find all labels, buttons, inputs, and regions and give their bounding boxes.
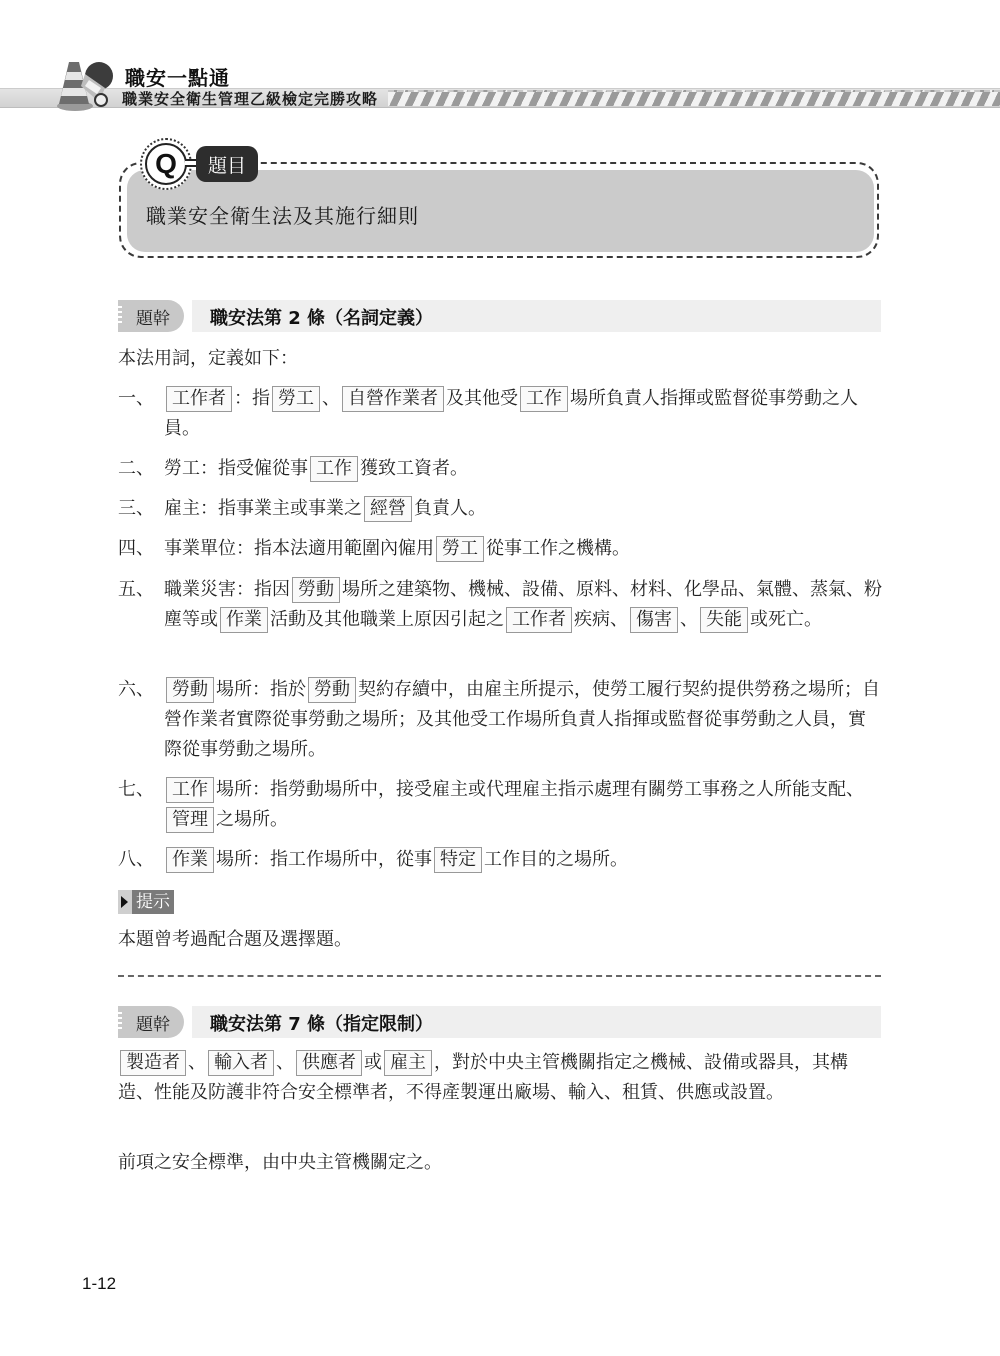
hint-text: 本題曾考過配合題及選擇題。 (118, 925, 352, 955)
question-tag: 題目 (196, 146, 258, 182)
traffic-cone-icon (55, 58, 117, 112)
definition-item: 五、職業災害：指因勞動場所之建築物、機械、設備、原料、材料、化學品、氣體、蒸氣、… (118, 575, 883, 635)
text-run: 前項之安全標準，由中央主管機關定之。 (118, 1152, 442, 1173)
keyword-box: 作業 (220, 607, 268, 633)
definition-item: 三、雇主：指事業主或事業之經營負責人。 (118, 494, 883, 524)
item-text: 雇主：指事業主或事業之經營負責人。 (164, 494, 883, 524)
article-paragraph: 製造者、輸入者、供應者或雇主，對於中央主管機關指定之機械、設備或器具，其構造、性… (118, 1048, 883, 1108)
keyword-box: 工作 (520, 386, 568, 412)
text-run: 工作目的之場所。 (484, 849, 628, 870)
text-run: 獲致工資者。 (360, 458, 468, 479)
text-run: 勞工：指受僱從事 (164, 458, 308, 479)
definition-item: 二、勞工：指受僱從事工作獲致工資者。 (118, 454, 883, 484)
item-number: 八、 (118, 845, 164, 875)
item-number: 六、 (118, 675, 164, 705)
keyword-box: 自營作業者 (342, 386, 444, 412)
section-divider (118, 975, 881, 977)
text-run: 或 (364, 1052, 382, 1073)
section-tag: 題幹 (118, 300, 184, 332)
item-number: 一、 (118, 384, 164, 414)
book-title: 職安一點通 (125, 62, 230, 91)
keyword-box: 輸入者 (208, 1050, 274, 1076)
paragraph-text: 製造者、輸入者、供應者或雇主，對於中央主管機關指定之機械、設備或器具，其構造、性… (118, 1052, 848, 1103)
keyword-box: 勞動 (308, 677, 356, 703)
item-number: 五、 (118, 575, 164, 605)
article-paragraph: 前項之安全標準，由中央主管機關定之。 (118, 1148, 883, 1178)
text-run: 、 (680, 609, 698, 630)
text-run: 場所：指於 (216, 679, 306, 700)
page-number: 1-12 (82, 1274, 116, 1294)
section-header: 題幹 職安法第 7 條（指定限制） (118, 1006, 881, 1038)
section-intro: 本法用詞，定義如下： (118, 344, 298, 374)
keyword-box: 勞動 (292, 577, 340, 603)
keyword-box: 雇主 (384, 1050, 432, 1076)
item-text: 工作場所：指勞動場所中，接受雇主或代理雇主指示處理有關勞工事務之人所能支配、管理… (164, 775, 883, 835)
paragraph-text: 前項之安全標準，由中央主管機關定之。 (118, 1152, 442, 1173)
item-number: 七、 (118, 775, 164, 805)
definition-item: 六、勞動場所：指於勞動契約存續中，由雇主所提示，使勞工履行契約提供勞務之場所；自… (118, 675, 883, 765)
text-run: 、 (276, 1052, 294, 1073)
text-run: 活動及其他職業上原因引起之 (270, 609, 504, 630)
keyword-box: 工作者 (166, 386, 232, 412)
keyword-box: 製造者 (120, 1050, 186, 1076)
keyword-box: 管理 (166, 807, 214, 833)
text-run: 疾病、 (574, 609, 628, 630)
item-text: 事業單位：指本法適用範圍內僱用勞工從事工作之機構。 (164, 534, 883, 564)
keyword-box: 失能 (700, 607, 748, 633)
keyword-box: 供應者 (296, 1050, 362, 1076)
keyword-box: 工作 (166, 777, 214, 803)
text-run: 或死亡。 (750, 609, 822, 630)
header-stripes (388, 90, 1000, 106)
text-run: 從事工作之機構。 (486, 538, 630, 559)
section-title: 職安法第 2 條（名詞定義） (210, 304, 433, 330)
item-text: 作業場所：指工作場所中，從事特定工作目的之場所。 (164, 845, 883, 875)
keyword-box: 勞動 (166, 677, 214, 703)
section-tag: 題幹 (118, 1006, 184, 1038)
keyword-box: 作業 (166, 847, 214, 873)
item-text: 職業災害：指因勞動場所之建築物、機械、設備、原料、材料、化學品、氣體、蒸氣、粉塵… (164, 575, 883, 635)
text-run: 事業單位：指本法適用範圍內僱用 (164, 538, 434, 559)
definition-item: 四、事業單位：指本法適用範圍內僱用勞工從事工作之機構。 (118, 534, 883, 564)
text-run: 負責人。 (414, 498, 486, 519)
text-run: 及其他受 (446, 388, 518, 409)
item-text: 勞動場所：指於勞動契約存續中，由雇主所提示，使勞工履行契約提供勞務之場所；自營作… (164, 675, 883, 765)
item-text: 工作者：指勞工、自營作業者及其他受工作場所負責人指揮或監督從事勞動之人員。 (164, 384, 883, 444)
text-run: 、 (322, 388, 340, 409)
hint-label-text: 提示 (132, 890, 174, 914)
text-run: 、 (188, 1052, 206, 1073)
item-number: 四、 (118, 534, 164, 564)
definition-item: 七、工作場所：指勞動場所中，接受雇主或代理雇主指示處理有關勞工事務之人所能支配、… (118, 775, 883, 835)
text-run: ：指 (234, 388, 270, 409)
item-number: 二、 (118, 454, 164, 484)
text-run: 場所：指工作場所中，從事 (216, 849, 432, 870)
section-header: 題幹 職安法第 2 條（名詞定義） (118, 300, 881, 332)
book-subtitle: 職業安全衛生管理乙級檢定完勝攻略 (122, 88, 378, 109)
question-title: 職業安全衛生法及其施行細則 (146, 200, 419, 229)
hint-label: 提示 (118, 890, 174, 914)
item-number: 三、 (118, 494, 164, 524)
keyword-box: 經營 (364, 496, 412, 522)
text-run: 雇主：指事業主或事業之 (164, 498, 362, 519)
keyword-box: 工作 (310, 456, 358, 482)
item-text: 勞工：指受僱從事工作獲致工資者。 (164, 454, 883, 484)
text-run: 職業災害：指因 (164, 579, 290, 600)
play-arrow-icon (118, 890, 132, 914)
text-run: 場所：指勞動場所中，接受雇主或代理雇主指示處理有關勞工事務之人所能支配、 (216, 779, 864, 800)
definition-item: 八、作業場所：指工作場所中，從事特定工作目的之場所。 (118, 845, 883, 875)
section-title: 職安法第 7 條（指定限制） (210, 1010, 433, 1036)
keyword-box: 工作者 (506, 607, 572, 633)
keyword-box: 勞工 (272, 386, 320, 412)
text-run: 之場所。 (216, 809, 288, 830)
keyword-box: 傷害 (630, 607, 678, 633)
keyword-box: 特定 (434, 847, 482, 873)
definition-item: 一、工作者：指勞工、自營作業者及其他受工作場所負責人指揮或監督從事勞動之人員。 (118, 384, 883, 444)
q-badge: Q (145, 143, 187, 185)
keyword-box: 勞工 (436, 536, 484, 562)
